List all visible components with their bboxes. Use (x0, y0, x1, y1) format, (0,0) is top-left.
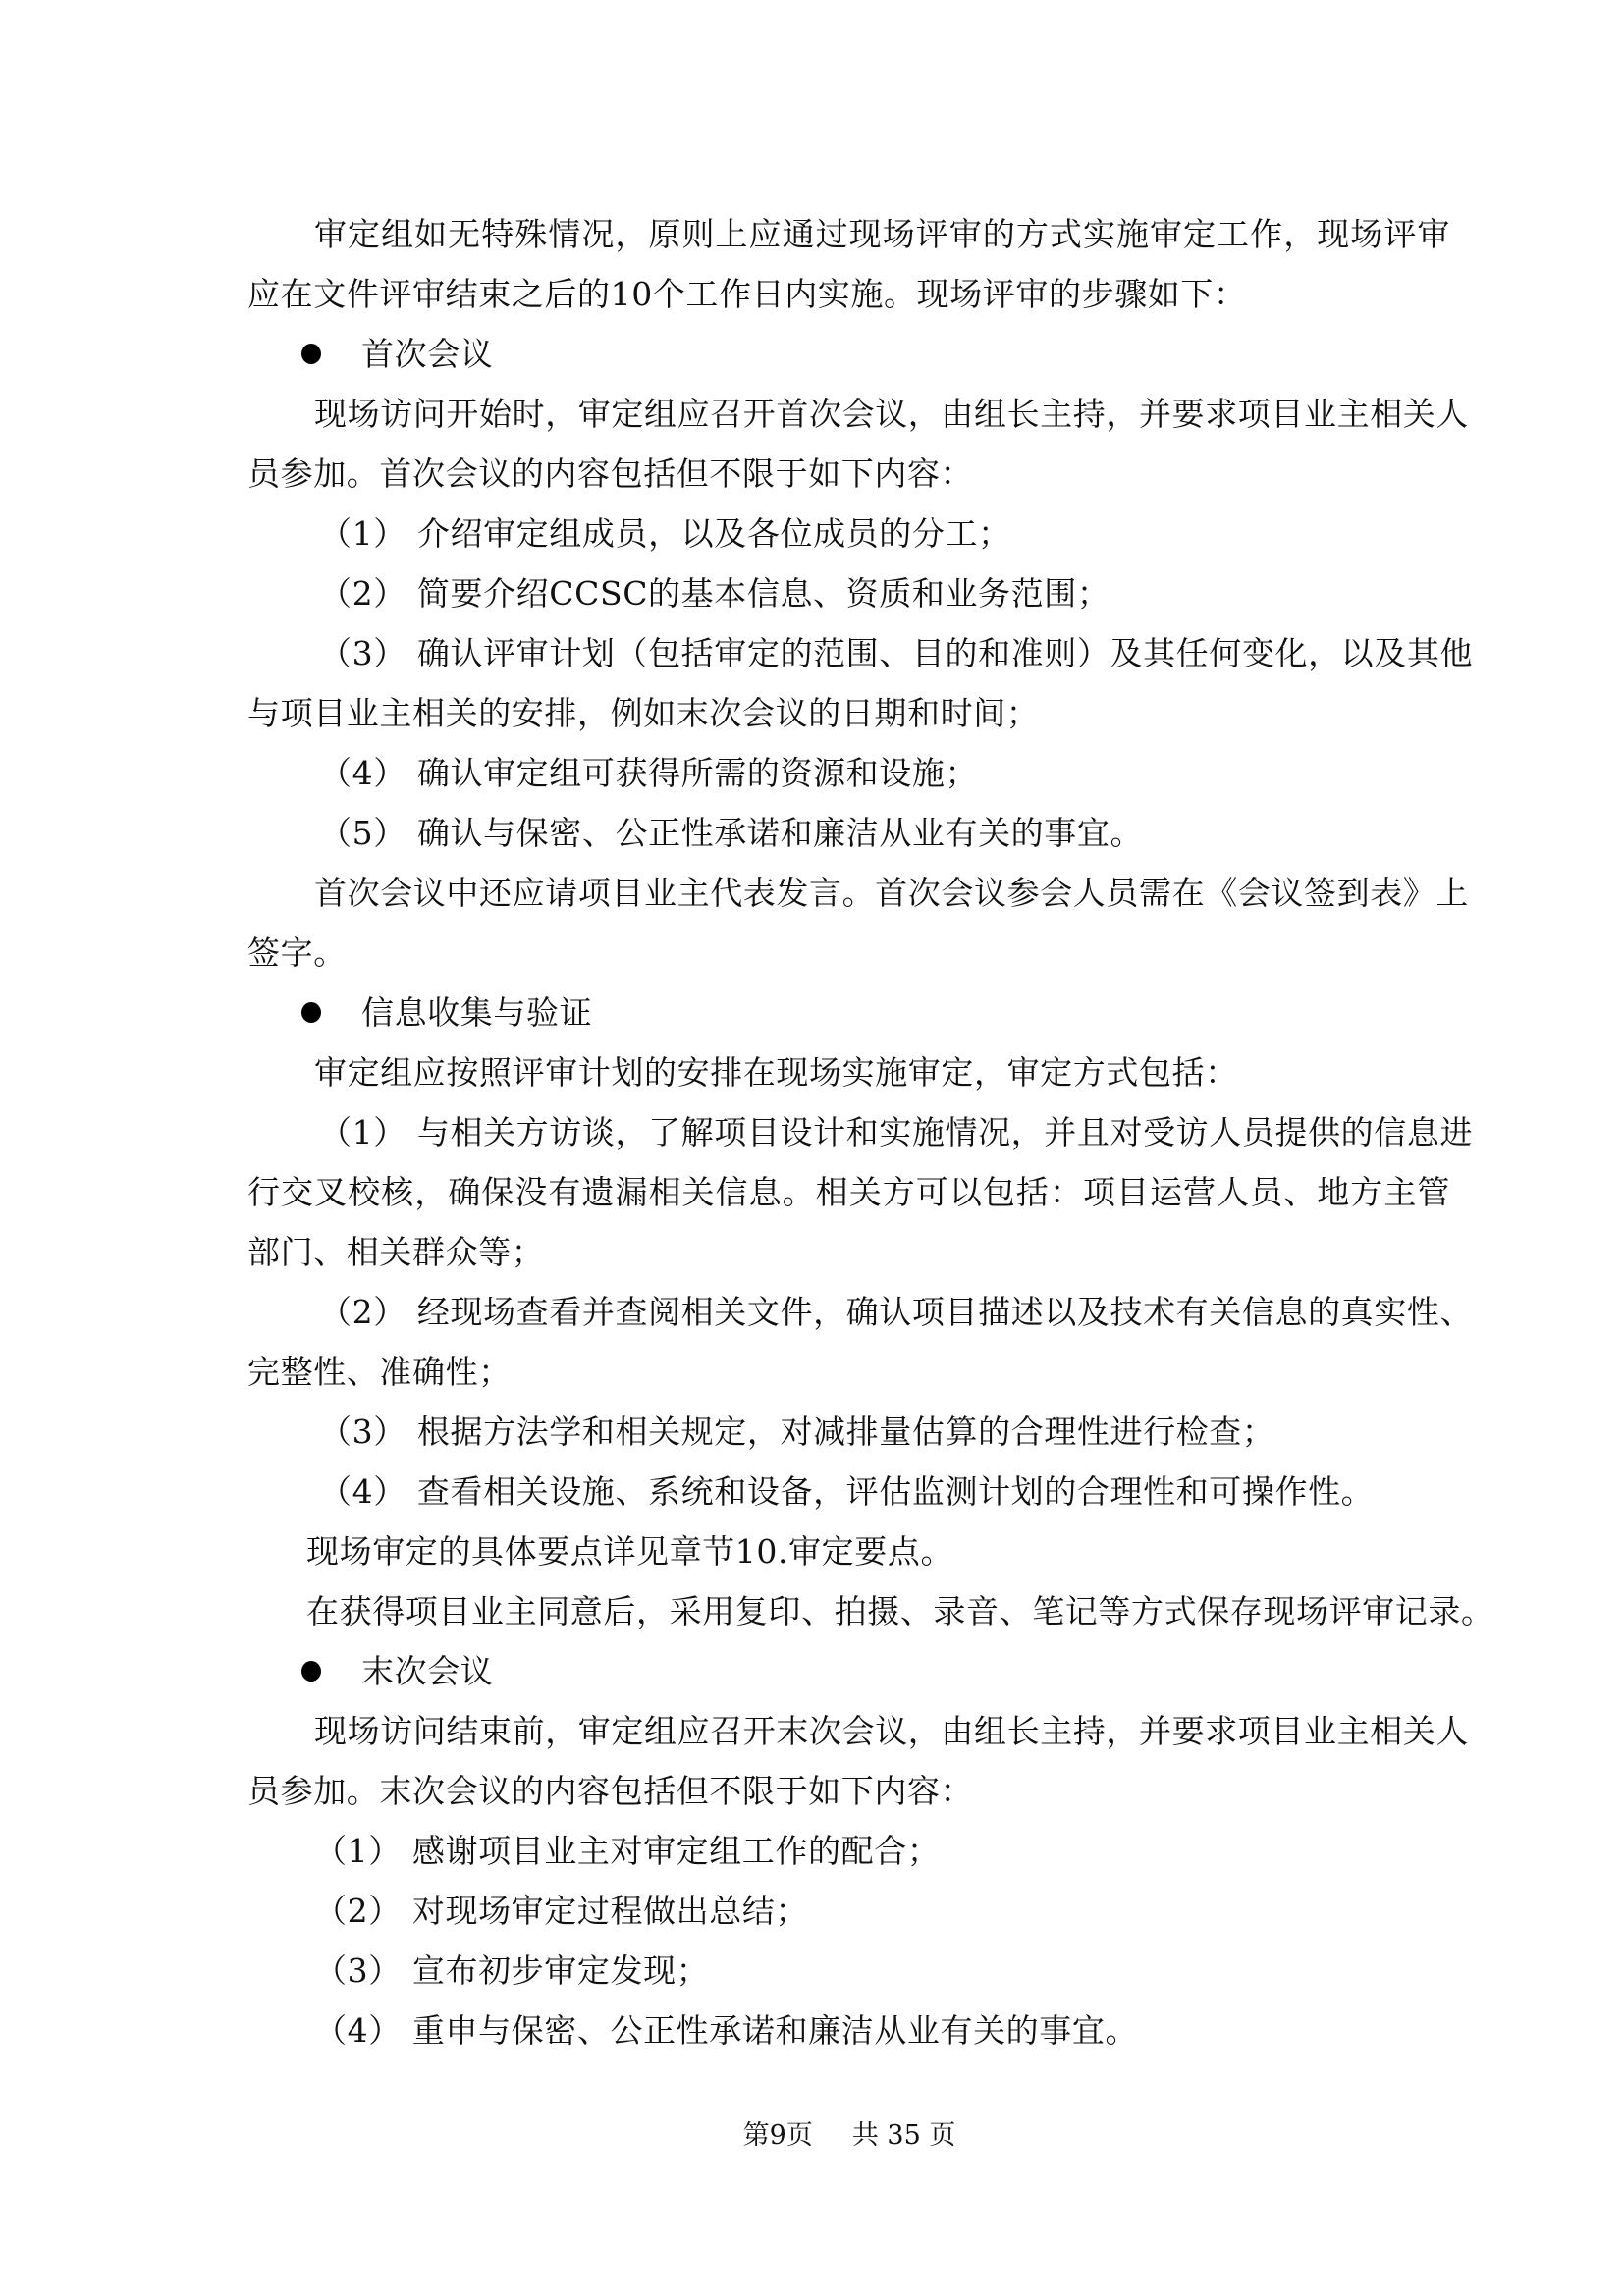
list-item: （2） 经现场查看并查阅相关文件，确认项目描述以及技术有关信息的真实性、 (247, 1282, 1450, 1342)
total-pages-label: 共 35 页 (852, 2118, 956, 2154)
paragraph-line: 现场审定的具体要点详见章节10.审定要点。 (247, 1522, 1450, 1581)
list-item-continuation: 部门、相关群众等； (247, 1222, 1450, 1282)
page-footer: 第9页共 35 页 (0, 2118, 1624, 2154)
bullet-dot-icon (301, 1002, 321, 1023)
list-item: （4） 查看相关设施、系统和设备，评估监测计划的合理性和可操作性。 (247, 1462, 1450, 1522)
list-item: （5） 确认与保密、公正性承诺和廉洁从业有关的事宜。 (247, 803, 1450, 863)
list-item: （3） 根据方法学和相关规定，对减排量估算的合理性进行检查； (247, 1402, 1450, 1462)
paragraph-line: 审定组如无特殊情况，原则上应通过现场评审的方式实施审定工作，现场评审 (247, 204, 1450, 264)
paragraph-line: 应在文件评审结束之后的10个工作日内实施。现场评审的步骤如下： (247, 264, 1450, 324)
bullet-dot-icon (301, 344, 321, 364)
paragraph-line: 现场访问开始时，审定组应召开首次会议，由组长主持，并要求项目业主相关人 (247, 384, 1450, 444)
section-heading-text: 末次会议 (361, 1641, 493, 1701)
list-item: （3） 确认评审计划（包括审定的范围、目的和准则）及其任何变化，以及其他 (247, 623, 1450, 683)
list-item: （2） 对现场审定过程做出总结； (247, 1881, 1450, 1941)
paragraph-line: 首次会议中还应请项目业主代表发言。首次会议参会人员需在《会议签到表》上 (247, 863, 1450, 923)
section-heading-text: 首次会议 (361, 324, 493, 384)
list-item: （4） 确认审定组可获得所需的资源和设施； (247, 743, 1450, 803)
list-item: （1） 介绍审定组成员，以及各位成员的分工； (247, 504, 1450, 563)
list-item: （3） 宣布初步审定发现； (247, 1941, 1450, 2001)
paragraph-line: 员参加。首次会议的内容包括但不限于如下内容： (247, 444, 1450, 504)
bullet-dot-icon (301, 1661, 321, 1682)
paragraph-line: 审定组应按照评审计划的安排在现场实施审定，审定方式包括： (247, 1042, 1450, 1102)
page-number: 第9页共 35 页 (743, 2118, 956, 2154)
document-page: 审定组如无特殊情况，原则上应通过现场评审的方式实施审定工作，现场评审 应在文件评… (0, 0, 1624, 2296)
section-heading-text: 信息收集与验证 (361, 983, 592, 1042)
list-item-continuation: 行交叉校核，确保没有遗漏相关信息。相关方可以包括：项目运营人员、地方主管 (247, 1162, 1450, 1222)
paragraph-line: 现场访问结束前，审定组应召开末次会议，由组长主持，并要求项目业主相关人 (247, 1701, 1450, 1761)
list-item-continuation: 完整性、准确性； (247, 1342, 1450, 1402)
list-item: （1） 感谢项目业主对审定组工作的配合； (247, 1821, 1450, 1881)
list-item-continuation: 与项目业主相关的安排，例如末次会议的日期和时间； (247, 683, 1450, 743)
paragraph-line: 在获得项目业主同意后，采用复印、拍摄、录音、笔记等方式保存现场评审记录。 (247, 1581, 1450, 1641)
current-page-label: 第9页 (743, 2118, 813, 2154)
list-item: （2） 简要介绍CCSC的基本信息、资质和业务范围； (247, 563, 1450, 623)
list-item: （4） 重申与保密、公正性承诺和廉洁从业有关的事宜。 (247, 2001, 1450, 2060)
paragraph-line: 员参加。末次会议的内容包括但不限于如下内容： (247, 1761, 1450, 1821)
list-item: （1） 与相关方访谈，了解项目设计和实施情况，并且对受访人员提供的信息进 (247, 1102, 1450, 1162)
paragraph-line: 签字。 (247, 923, 1450, 983)
